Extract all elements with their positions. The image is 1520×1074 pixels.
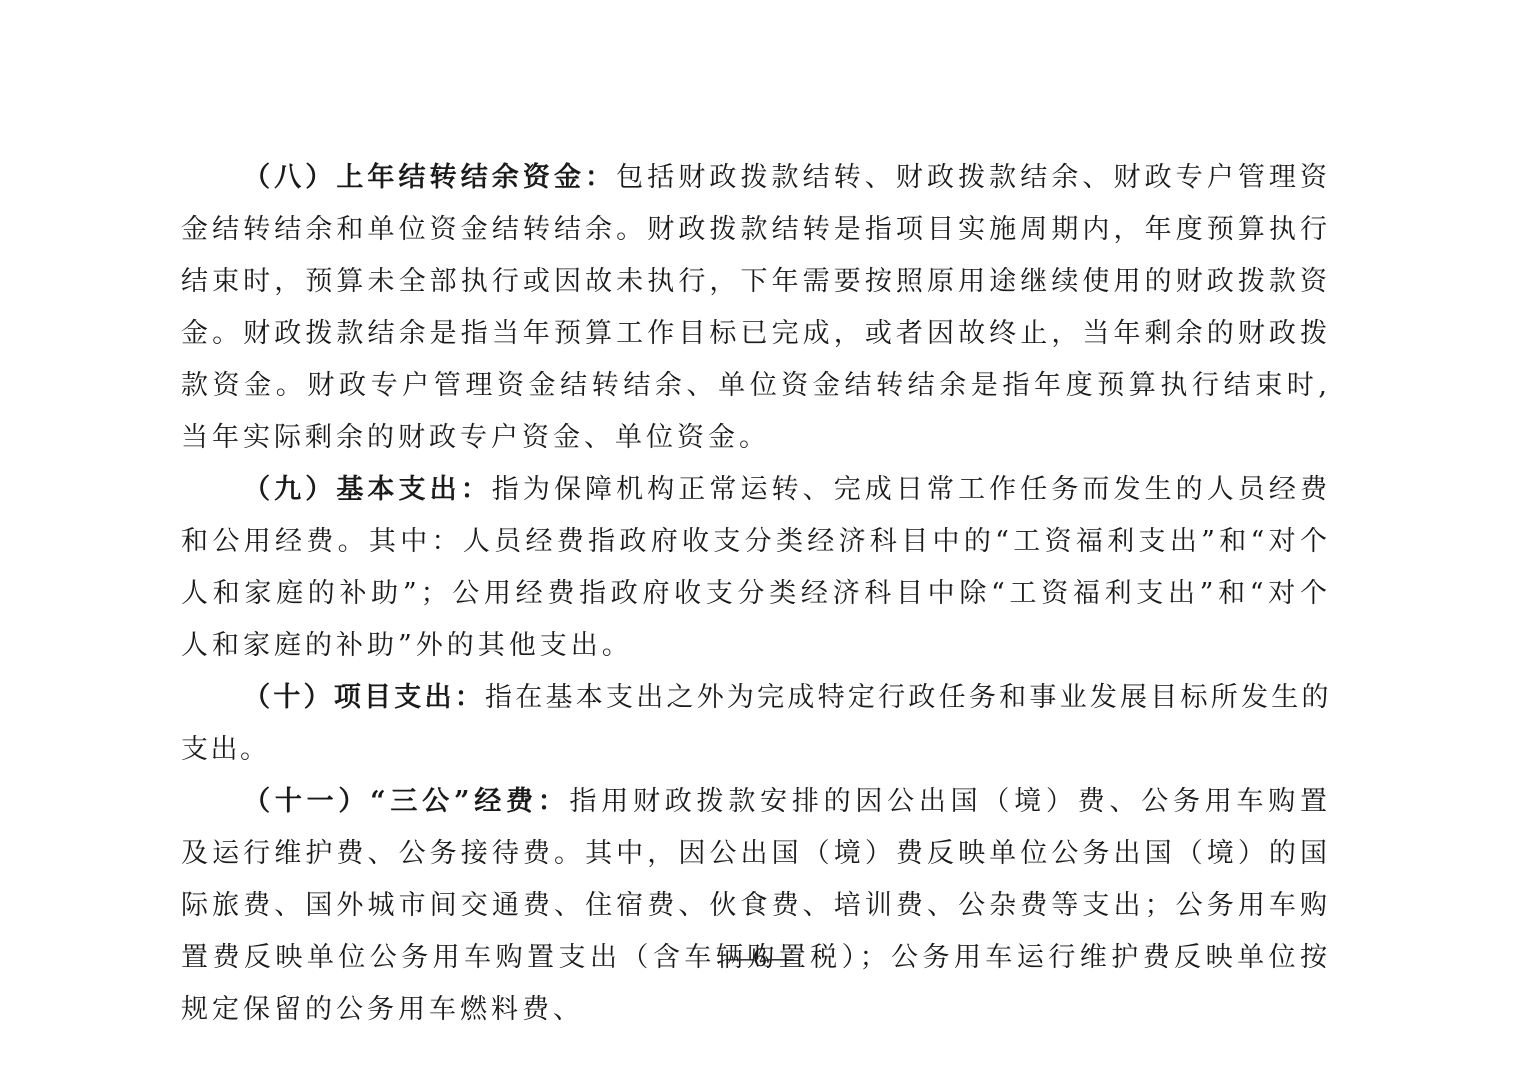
paragraph-body: 指用财政拨款安排的因公出国（境）费、公务用车购置及运行维护费、公务接待费。其中，…	[181, 786, 1331, 1025]
paragraph-three-public-expenses: （十一）“三公”经费：指用财政拨款安排的因公出国（境）费、公务用车购置及运行维护…	[181, 776, 1331, 1036]
document-page: （八）上年结转结余资金：包括财政拨款结转、财政拨款结余、财政专户管理资金结转结余…	[181, 152, 1331, 1036]
paragraph-heading: （九）基本支出：	[243, 474, 492, 505]
page-number: —6—	[0, 942, 1520, 973]
paragraph-carryover-funds: （八）上年结转结余资金：包括财政拨款结转、财政拨款结余、财政专户管理资金结转结余…	[181, 152, 1331, 464]
paragraph-body: 包括财政拨款结转、财政拨款结余、财政专户管理资金结转结余和单位资金结转结余。财政…	[181, 162, 1331, 453]
paragraph-heading: （八）上年结转结余资金：	[243, 162, 616, 193]
paragraph-project-expenditure: （十）项目支出：指在基本支出之外为完成特定行政任务和事业发展目标所发生的支出。	[181, 672, 1331, 776]
paragraph-basic-expenditure: （九）基本支出：指为保障机构正常运转、完成日常工作任务而发生的人员经费和公用经费…	[181, 464, 1331, 672]
paragraph-heading: （十一）“三公”经费：	[243, 786, 569, 817]
paragraph-heading: （十）项目支出：	[243, 682, 485, 713]
